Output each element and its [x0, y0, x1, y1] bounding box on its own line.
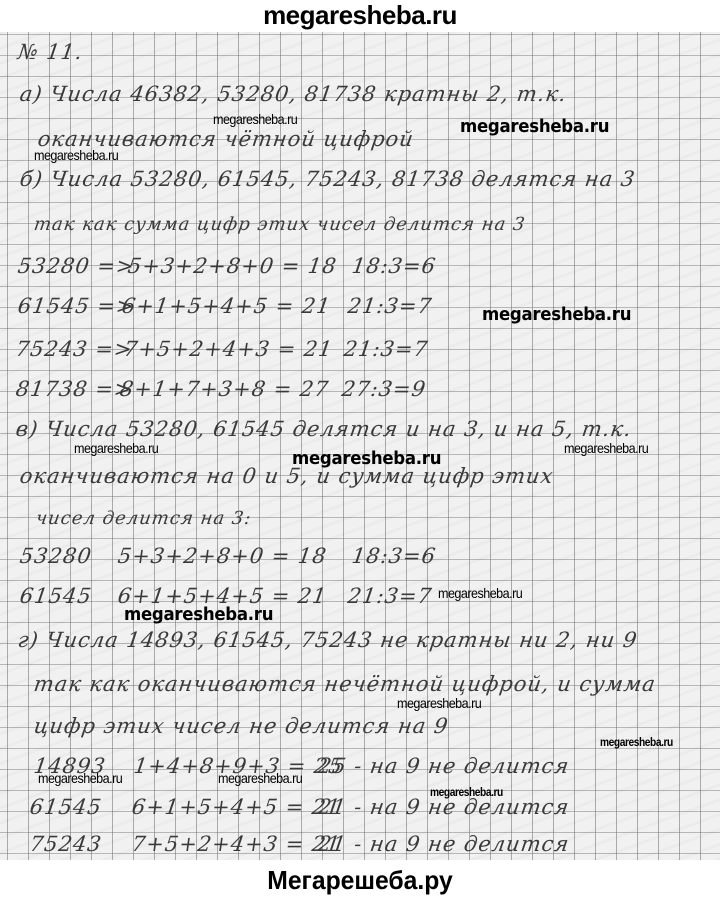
- watermark: megaresheba.ru: [564, 440, 648, 456]
- watermark: megaresheba.ru: [34, 147, 118, 163]
- part-b-row-2-sum: 6+1+5+4+5 = 21: [120, 294, 332, 318]
- part-b-row-3-division: 21:3=7: [342, 337, 429, 361]
- part-v-row-1-sum: 5+3+2+8+0 = 18: [116, 544, 328, 568]
- part-v-line-2: оканчиваются на 0 и 5, и сумма цифр этих: [18, 464, 555, 488]
- part-b-row-4-sum: 8+1+7+3+8 = 27: [118, 377, 330, 401]
- watermark: megaresheba.ru: [218, 770, 302, 786]
- site-footer: Мегарешеба.ру: [18, 860, 702, 897]
- part-b-row-2-number: 61545 =>: [16, 294, 136, 318]
- watermark: megaresheba.ru: [460, 116, 609, 137]
- part-b-line-2: так как сумма цифр этих чисел делится на…: [33, 214, 527, 235]
- part-b-row-4-division: 27:3=9: [340, 377, 427, 401]
- part-b-row-2-division: 21:3=7: [346, 294, 433, 318]
- watermark: megaresheba.ru: [430, 785, 503, 799]
- part-b-row-4-number: 81738 =>: [14, 377, 134, 401]
- part-g-row-2-number: 61545: [28, 795, 103, 819]
- watermark: megaresheba.ru: [213, 111, 297, 127]
- notebook-page: № 11. а) Числа 46382, 53280, 81738 кратн…: [0, 32, 720, 860]
- problem-number: № 11.: [16, 40, 84, 64]
- site-header: megaresheba.ru: [0, 0, 720, 30]
- part-g-row-1-note: 25 - на 9 не делится: [316, 754, 571, 778]
- part-b-row-1-sum: 5+3+2+8+0 = 18: [126, 254, 338, 278]
- part-v-row-2-number: 61545: [18, 584, 93, 608]
- part-v-line-1: в) Числа 53280, 61545 делятся и на 3, и …: [14, 417, 633, 441]
- watermark: megaresheba.ru: [438, 585, 522, 601]
- part-v-row-1-number: 53280: [18, 544, 93, 568]
- part-v-row-2-division: 21:3=7: [346, 584, 433, 608]
- watermark: megaresheba.ru: [38, 770, 122, 786]
- part-a-line-1: а) Числа 46382, 53280, 81738 кратны 2, т…: [18, 82, 568, 106]
- part-v-line-3: чисел делится на 3:: [35, 508, 253, 529]
- part-b-row-1-number: 53280 =>: [16, 254, 136, 278]
- watermark: megaresheba.ru: [124, 604, 273, 625]
- part-b-row-3-number: 75243 =>: [14, 337, 134, 361]
- part-g-line-3: цифр этих чисел не делится на 9: [32, 714, 450, 738]
- part-b-row-1-division: 18:3=6: [350, 254, 437, 278]
- part-g-row-2-sum: 6+1+5+4+5 = 21: [130, 795, 342, 819]
- part-g-row-3-note: 21 - на 9 не делится: [316, 832, 571, 856]
- part-b-row-3-sum: 7+5+2+4+3 = 21: [122, 337, 334, 361]
- part-g-line-1: г) Числа 14893, 61545, 75243 не кратны н…: [16, 628, 639, 652]
- part-v-row-1-division: 18:3=6: [350, 544, 437, 568]
- part-g-line-2: так как оканчиваются нечётной цифрой, и …: [32, 672, 657, 696]
- watermark: megaresheba.ru: [600, 735, 673, 749]
- watermark: megaresheba.ru: [292, 448, 441, 469]
- part-g-row-3-sum: 7+5+2+4+3 = 21: [130, 832, 342, 856]
- part-b-line-1: б) Числа 53280, 61545, 75243, 81738 деля…: [18, 167, 637, 191]
- watermark: megaresheba.ru: [397, 695, 481, 711]
- watermark: megaresheba.ru: [74, 440, 158, 456]
- watermark: megaresheba.ru: [482, 304, 631, 325]
- part-g-row-3-number: 75243: [28, 832, 103, 856]
